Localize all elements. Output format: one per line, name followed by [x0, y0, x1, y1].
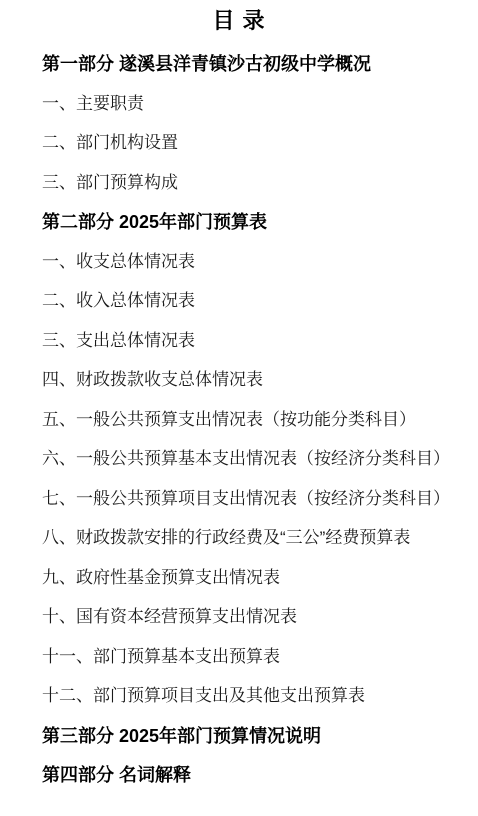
- toc-section-heading: 第三部分 2025年部门预算情况说明: [42, 726, 468, 746]
- toc-entry: 十、国有资本经营预算支出情况表: [42, 607, 468, 627]
- toc-entry: 四、财政拨款收支总体情况表: [42, 370, 468, 390]
- toc-entry: 一、主要职责: [42, 94, 468, 114]
- toc-section-heading: 第一部分 遂溪县洋青镇沙古初级中学概况: [42, 54, 468, 74]
- toc-entry: 九、政府性基金预算支出情况表: [42, 568, 468, 588]
- toc-entry: 三、支出总体情况表: [42, 331, 468, 351]
- toc-entry: 五、一般公共预算支出情况表（按功能分类科目）: [42, 410, 468, 430]
- toc-section-heading: 第二部分 2025年部门预算表: [42, 212, 468, 232]
- toc-list: 第一部分 遂溪县洋青镇沙古初级中学概况一、主要职责二、部门机构设置三、部门预算构…: [0, 54, 478, 785]
- document-page: 目 录 第一部分 遂溪县洋青镇沙古初级中学概况一、主要职责二、部门机构设置三、部…: [0, 0, 478, 816]
- toc-entry: 七、一般公共预算项目支出情况表（按经济分类科目）: [42, 489, 468, 509]
- toc-entry: 三、部门预算构成: [42, 173, 468, 193]
- toc-entry: 十一、部门预算基本支出预算表: [42, 647, 468, 667]
- toc-entry: 二、收入总体情况表: [42, 291, 468, 311]
- toc-entry: 十二、部门预算项目支出及其他支出预算表: [42, 686, 468, 706]
- toc-entry: 二、部门机构设置: [42, 133, 468, 153]
- toc-entry: 八、财政拨款安排的行政经费及“三公”经费预算表: [42, 528, 468, 548]
- toc-entry: 六、一般公共预算基本支出情况表（按经济分类科目）: [42, 449, 468, 469]
- toc-section-heading: 第四部分 名词解释: [42, 765, 468, 785]
- toc-entry: 一、收支总体情况表: [42, 252, 468, 272]
- toc-title: 目 录: [0, 6, 478, 36]
